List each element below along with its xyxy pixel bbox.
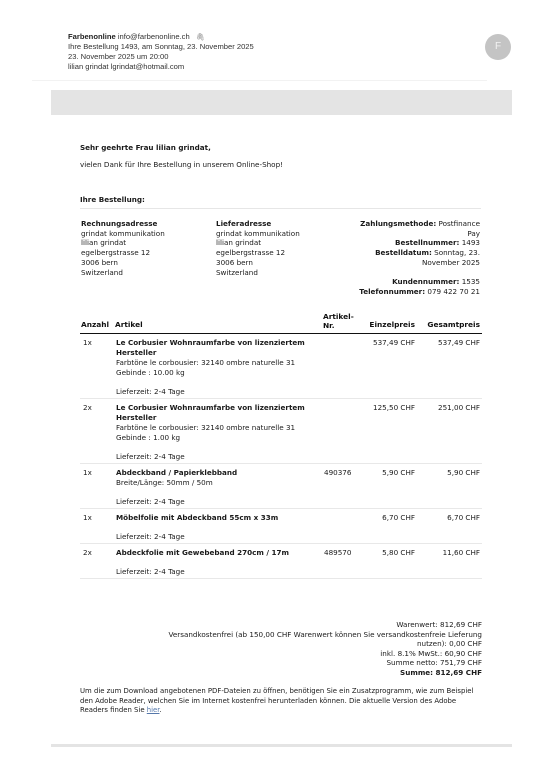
customer-number: Kundennummer: 1535	[330, 277, 480, 287]
header-divider	[32, 80, 487, 81]
pdf-note: Um die zum Download angebotenen PDF-Date…	[80, 687, 480, 716]
sender-email[interactable]: info@farbenonline.ch	[118, 32, 190, 41]
article-name: Abdeckband / Papierklebband	[116, 468, 321, 478]
table-row: 1xMöbelfolie mit Abdeckband 55cm x 33mLi…	[80, 509, 482, 544]
shipping-line: grindat kommunikation	[216, 229, 300, 239]
row-qty: 2x	[83, 403, 92, 413]
article-detail: Breite/Länge: 50mm / 50m	[116, 478, 321, 488]
shipping-line: lilian grindat	[216, 238, 300, 248]
row-qty: 1x	[83, 513, 92, 523]
order-date-cont: November 2025	[330, 258, 480, 268]
row-article: Möbelfolie mit Abdeckband 55cm x 33mLief…	[116, 513, 321, 542]
article-detail: Farbtöne le corbousier: 32140 ombre natu…	[116, 423, 321, 433]
mail-header: Von: Farbenonline info@farbenonline.ch 🖇…	[0, 32, 547, 78]
shipping-line: Switzerland	[216, 268, 300, 278]
row-total-price: 537,49 CHF	[438, 338, 480, 348]
email-footer-bar	[51, 744, 512, 747]
delivery-time: Lieferzeit: 2-4 Tage	[116, 567, 321, 577]
billing-address: Rechnungsadresse grindat kommunikation l…	[81, 219, 165, 277]
shipping-address: Lieferadresse grindat kommunikation lili…	[216, 219, 300, 277]
delivery-time: Lieferzeit: 2-4 Tage	[116, 452, 321, 462]
row-article-no: 489570	[324, 548, 351, 558]
table-row: 1xAbdeckband / PapierklebbandBreite/Läng…	[80, 464, 482, 509]
order-date: Bestelldatum: Sonntag, 23.	[330, 248, 480, 258]
article-name: Abdeckfolie mit Gewebeband 270cm / 17m	[116, 548, 321, 558]
delivery-time: Lieferzeit: 2-4 Tage	[116, 497, 321, 507]
billing-line: 3006 bern	[81, 258, 165, 268]
article-name: Le Corbusier Wohnraumfarbe von lizenzier…	[116, 338, 321, 358]
shipping-cost-cont: nutzen): 0,00 CHF	[100, 639, 482, 649]
order-info: Zahlungsmethode: Postfinance Pay Bestell…	[330, 219, 480, 297]
billing-line: grindat kommunikation	[81, 229, 165, 239]
row-qty: 2x	[83, 548, 92, 558]
payment-method-cont: Pay	[330, 229, 480, 239]
row-total-price: 6,70 CHF	[447, 513, 480, 523]
sender-name: Farbenonline	[68, 32, 116, 41]
row-qty: 1x	[83, 338, 92, 348]
row-unit-price: 6,70 CHF	[382, 513, 415, 523]
row-article: Abdeckband / PapierklebbandBreite/Länge:…	[116, 468, 321, 507]
subject-value: Ihre Bestellung 1493, am Sonntag, 23. No…	[68, 42, 254, 52]
greeting: Sehr geehrte Frau lilian grindat,	[80, 143, 211, 152]
grand-total: Summe: 812,69 CHF	[100, 668, 482, 678]
billing-line: egelbergstrasse 12	[81, 248, 165, 258]
net-sum: Summe netto: 751,79 CHF	[100, 658, 482, 668]
article-detail: Gebinde : 10.00 kg	[116, 368, 321, 378]
phone-number: Telefonnummer: 079 422 70 21	[330, 287, 480, 297]
row-article-no: 490376	[324, 468, 351, 478]
shipping-line: egelbergstrasse 12	[216, 248, 300, 258]
delivery-time: Lieferzeit: 2-4 Tage	[116, 532, 321, 542]
adobe-reader-link[interactable]: hier	[147, 706, 160, 714]
article-detail: Gebinde : 1.00 kg	[116, 433, 321, 443]
header-total-price: Gesamtpreis	[427, 320, 480, 329]
row-unit-price: 537,49 CHF	[373, 338, 415, 348]
delivery-time: Lieferzeit: 2-4 Tage	[116, 387, 321, 397]
header-article-no: Artikel- Nr.	[323, 312, 354, 330]
divider	[80, 208, 481, 209]
shipping-line: 3006 bern	[216, 258, 300, 268]
row-total-price: 251,00 CHF	[438, 403, 480, 413]
order-number: Bestellnummer: 1493	[330, 238, 480, 248]
table-row: 2xLe Corbusier Wohnraumfarbe von lizenzi…	[80, 399, 482, 464]
row-article: Abdeckfolie mit Gewebeband 270cm / 17mLi…	[116, 548, 321, 577]
article-name: Le Corbusier Wohnraumfarbe von lizenzier…	[116, 403, 321, 423]
sender-avatar[interactable]: F	[485, 34, 511, 60]
date-value: 23. November 2025 um 20:00	[68, 52, 168, 62]
billing-line: Switzerland	[81, 268, 165, 278]
vat: inkl. 8.1% MwSt.: 60,90 CHF	[100, 649, 482, 659]
row-qty: 1x	[83, 468, 92, 478]
row-total-price: 11,60 CHF	[443, 548, 480, 558]
table-header: Anzahl Artikel Artikel- Nr. Einzelpreis …	[80, 312, 482, 334]
table-row: 2xAbdeckfolie mit Gewebeband 270cm / 17m…	[80, 544, 482, 579]
row-total-price: 5,90 CHF	[447, 468, 480, 478]
shipping-cost: Versandkostenfrei (ab 150,00 CHF Warenwe…	[100, 630, 482, 640]
article-detail: Farbtöne le corbousier: 32140 ombre natu…	[116, 358, 321, 368]
row-unit-price: 125,50 CHF	[373, 403, 415, 413]
billing-line: lilian grindat	[81, 238, 165, 248]
billing-title: Rechnungsadresse	[81, 219, 165, 229]
article-name: Möbelfolie mit Abdeckband 55cm x 33m	[116, 513, 321, 523]
order-title: Ihre Bestellung:	[80, 195, 145, 204]
header-article: Artikel	[115, 320, 143, 329]
email-banner	[51, 90, 512, 115]
to-value[interactable]: lilian grindat lgrindat@hotmail.com	[68, 62, 184, 72]
payment-method: Zahlungsmethode: Postfinance	[330, 219, 480, 229]
row-unit-price: 5,90 CHF	[382, 468, 415, 478]
table-row: 1xLe Corbusier Wohnraumfarbe von lizenzi…	[80, 334, 482, 399]
order-totals: Warenwert: 812,69 CHF Versandkostenfrei …	[100, 620, 482, 677]
header-unit-price: Einzelpreis	[369, 320, 415, 329]
shipping-title: Lieferadresse	[216, 219, 300, 229]
goods-value: Warenwert: 812,69 CHF	[100, 620, 482, 630]
table-body: 1xLe Corbusier Wohnraumfarbe von lizenzi…	[80, 334, 482, 579]
order-table: Anzahl Artikel Artikel- Nr. Einzelpreis …	[80, 312, 482, 579]
row-unit-price: 5,80 CHF	[382, 548, 415, 558]
row-article: Le Corbusier Wohnraumfarbe von lizenzier…	[116, 403, 321, 462]
header-qty: Anzahl	[81, 320, 109, 329]
thanks-text: vielen Dank für Ihre Bestellung in unser…	[80, 160, 283, 169]
row-article: Le Corbusier Wohnraumfarbe von lizenzier…	[116, 338, 321, 397]
